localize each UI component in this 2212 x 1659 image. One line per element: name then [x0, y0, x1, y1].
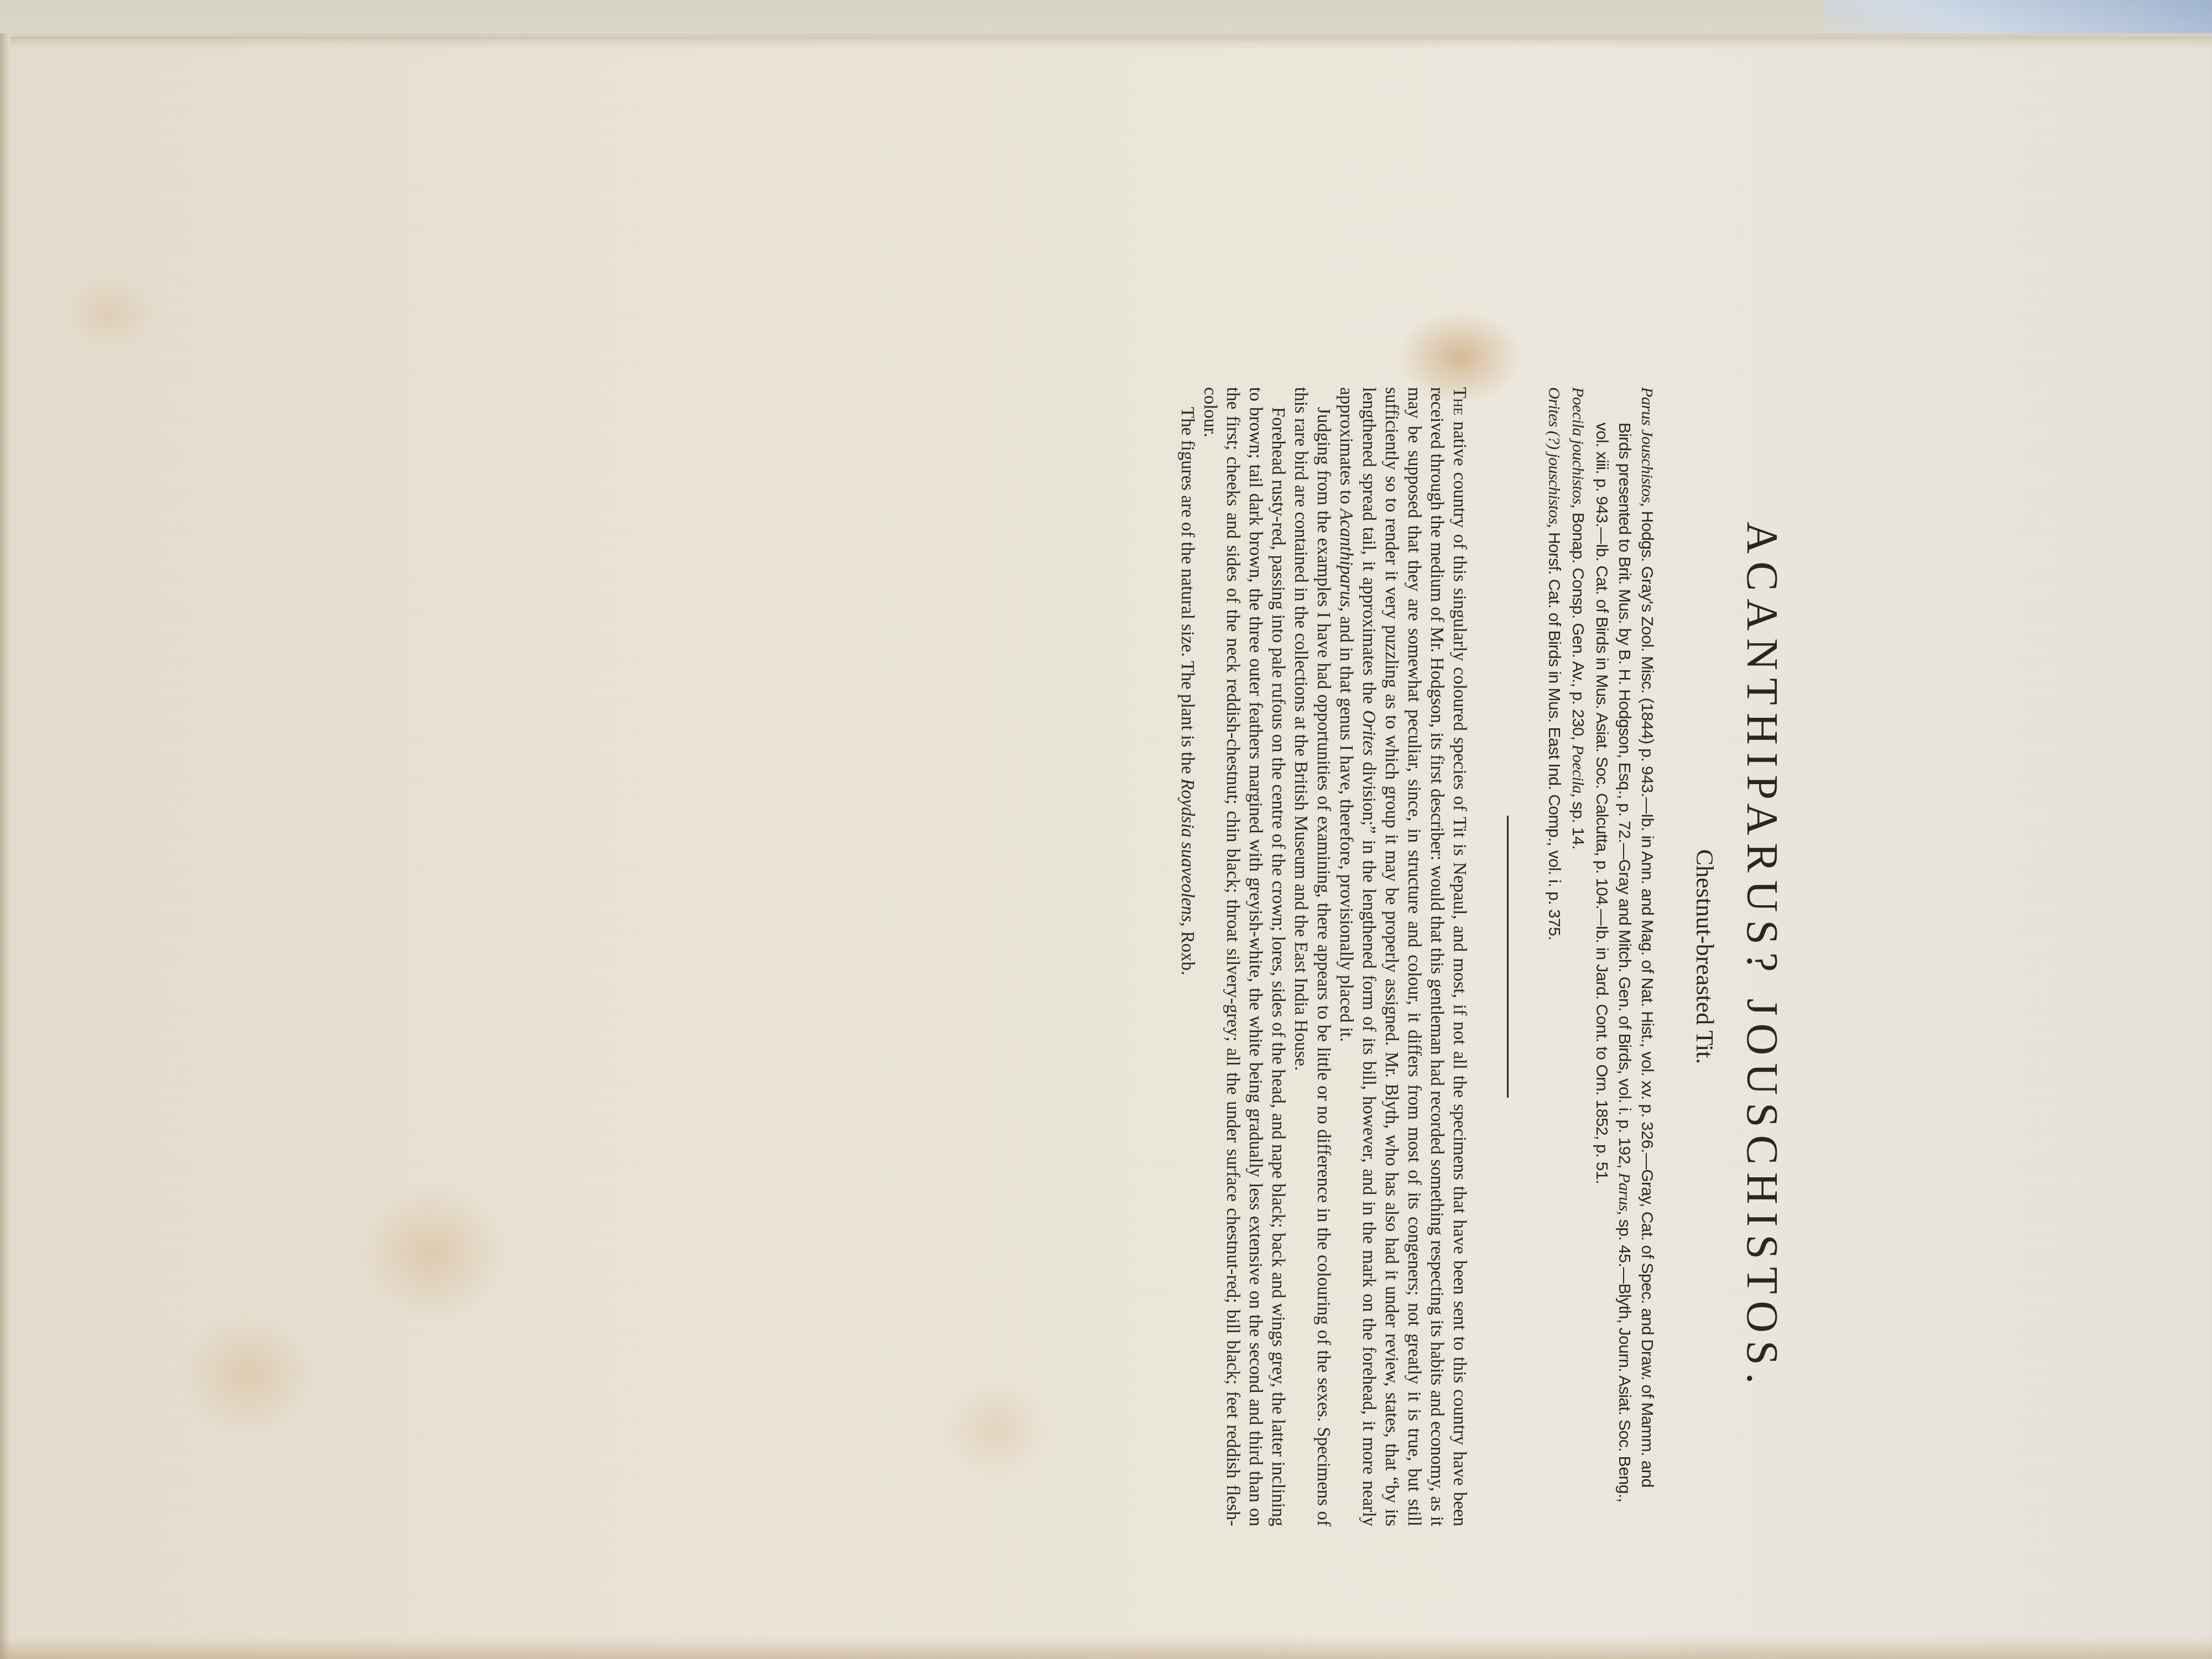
page-edge [0, 33, 10, 1659]
paragraph-sexes: Judging from the examples I have had opp… [1289, 387, 1334, 1526]
synonym-name: Poecila jouchistos, [1569, 387, 1587, 508]
synonymy-list: Parus Jouschistos, Hodgs. Gray's Zool. M… [1543, 387, 1658, 1526]
synonym-reference: Bonap. Consp. Gen. Av., p. 230, [1569, 508, 1587, 745]
text-run: Roxb. [1177, 927, 1197, 975]
synonym-genus: Poecila, [1569, 744, 1587, 797]
book-page [0, 33, 2212, 1659]
text-run: and in that genus I have, therefore, pro… [1336, 612, 1356, 1042]
paragraph-figures: The figures are of the natural size. The… [1176, 387, 1198, 1526]
italic-plant-name: Roydsia suaveolens, [1177, 779, 1197, 927]
common-name: Chestnut-breasted Tit. [1689, 387, 1719, 1526]
synonym-genus: Parus, [1615, 1173, 1634, 1215]
divider-rule [1507, 816, 1509, 1098]
synonym-reference: Horsf. Cat. of Birds in Mus. East Ind. C… [1545, 528, 1563, 940]
small-caps-lead: The [1449, 387, 1469, 415]
synonym-entry: Parus Jouschistos, Hodgs. Gray's Zool. M… [1590, 387, 1658, 1526]
italic-genus: Acanthiparus, [1336, 509, 1356, 612]
text-run: The figures are of the natural size. The… [1177, 407, 1197, 779]
italic-genus: Orites [1359, 710, 1379, 756]
synonym-entry: Orites (?) jouschistos, Horsf. Cat. of B… [1543, 387, 1566, 1526]
page-edge-bottom [0, 1637, 2212, 1659]
synonym-reference-cont: sp. 14. [1569, 797, 1587, 849]
paragraph-description: Forehead rusty-red, passing into pale ru… [1198, 387, 1289, 1526]
species-title: ACANTHIPARUS? JOUSCHISTOS. [1738, 387, 1786, 1526]
synonym-name: Orites (?) jouschistos, [1545, 387, 1563, 528]
page-text-block: ACANTHIPARUS? JOUSCHISTOS. Chestnut-brea… [1176, 387, 1786, 1526]
synonym-name: Parus Jouschistos, [1638, 387, 1656, 507]
synonym-entry: Poecila jouchistos, Bonap. Consp. Gen. A… [1567, 387, 1589, 1526]
paragraph-habitat: The native country of this singularly co… [1334, 387, 1470, 1526]
